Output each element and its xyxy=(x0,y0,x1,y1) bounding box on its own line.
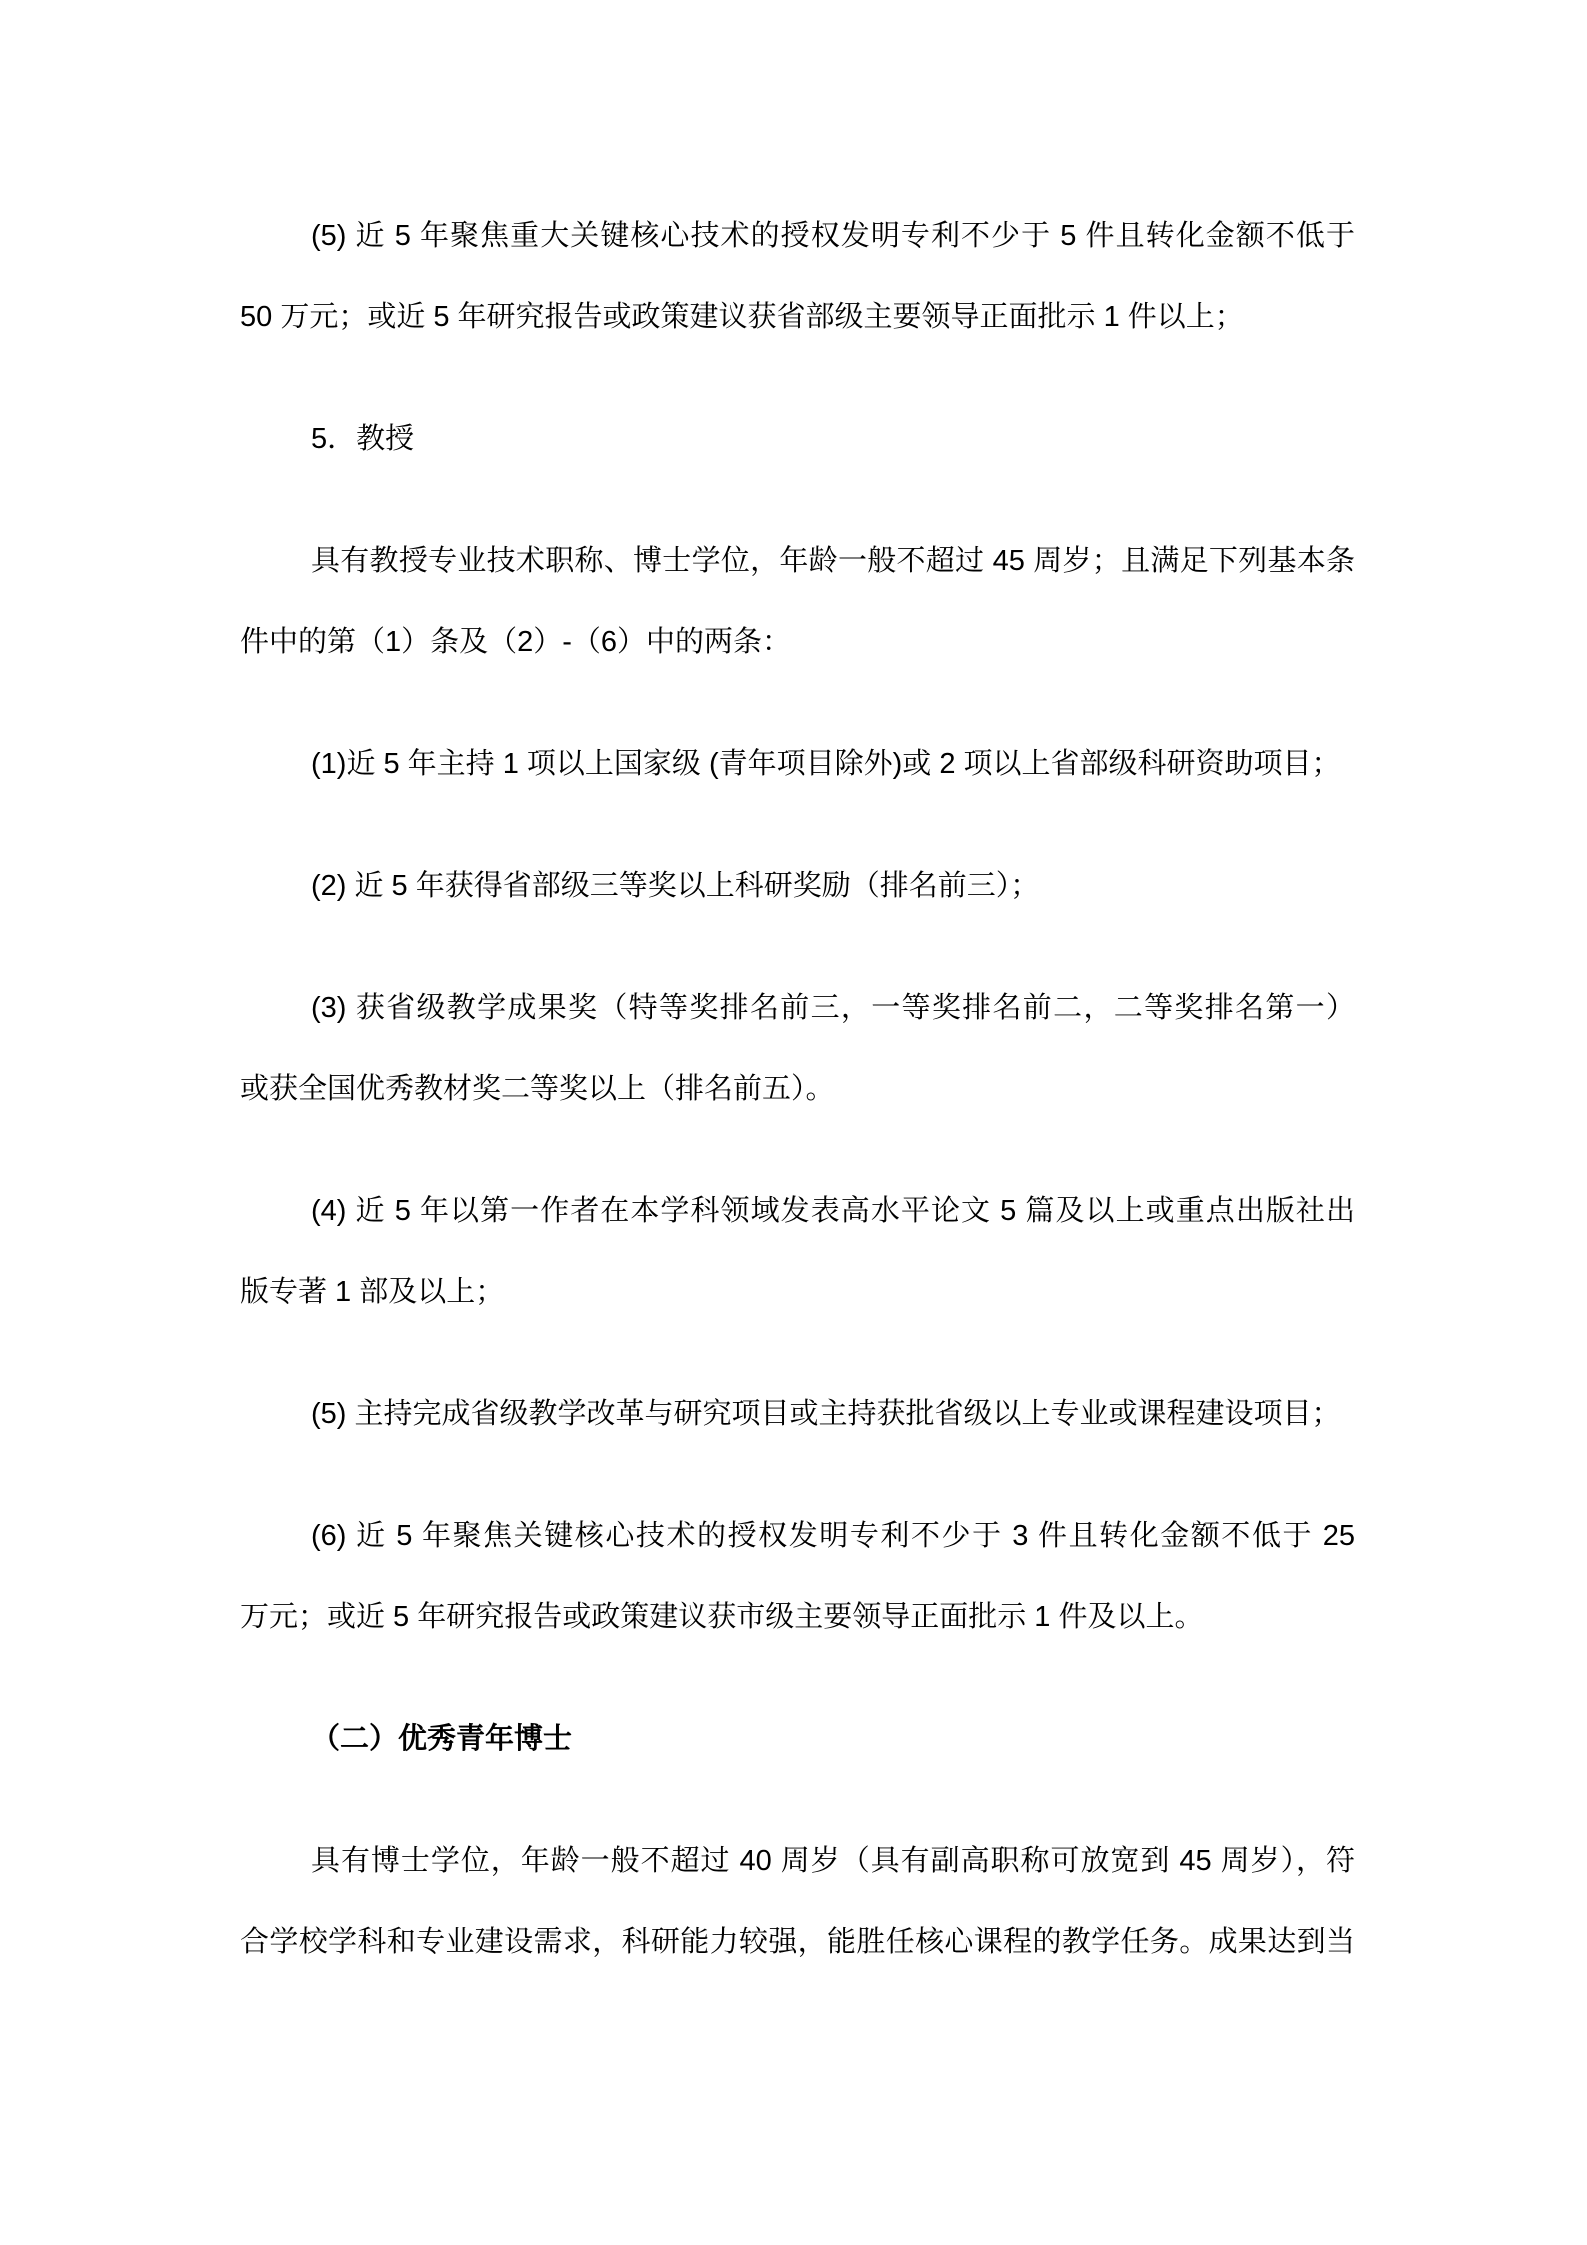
paragraph-professor-intro: 具有教授专业技术职称、博士学位，年龄一般不超过 45 周岁；且满足下列基本条 件… xyxy=(240,521,1355,683)
paragraph-young-phd-intro: 具有博士学位，年龄一般不超过 40 周岁（具有副高职称可放宽到 45 周岁），符… xyxy=(240,1821,1355,1983)
paragraph-item6-key-patents: (6) 近 5 年聚焦关键核心技术的授权发明专利不少于 3 件且转化金额不低于 … xyxy=(240,1496,1355,1658)
paragraph-line: 或获全国优秀教材奖二等奖以上（排名前五）。 xyxy=(240,1049,1355,1130)
paragraph-item3-teaching-awards: (3) 获省级教学成果奖（特等奖排名前三，一等奖排名前二，二等奖排名第一） 或获… xyxy=(240,968,1355,1130)
paragraph-item1-projects: (1)近 5 年主持 1 项以上国家级 (青年项目除外)或 2 项以上省部级科研… xyxy=(240,724,1355,805)
paragraph-line: (5) 近 5 年聚焦重大关键核心技术的授权发明专利不少于 5 件且转化金额不低… xyxy=(240,196,1355,277)
paragraph-line: 具有教授专业技术职称、博士学位，年龄一般不超过 45 周岁；且满足下列基本条 xyxy=(240,521,1355,602)
paragraph-item5-major-patents: (5) 近 5 年聚焦重大关键核心技术的授权发明专利不少于 5 件且转化金额不低… xyxy=(240,196,1355,358)
paragraph-line: (3) 获省级教学成果奖（特等奖排名前三，一等奖排名前二，二等奖排名第一） xyxy=(240,968,1355,1049)
paragraph-line: (6) 近 5 年聚焦关键核心技术的授权发明专利不少于 3 件且转化金额不低于 … xyxy=(240,1496,1355,1577)
paragraph-item4-papers: (4) 近 5 年以第一作者在本学科领域发表高水平论文 5 篇及以上或重点出版社… xyxy=(240,1171,1355,1333)
paragraph-line: 版专著 1 部及以上； xyxy=(240,1252,1355,1333)
heading-professor: 5．教授 xyxy=(240,399,1355,480)
heading-young-phd: （二）优秀青年博士 xyxy=(240,1699,1355,1780)
paragraph-line: (1)近 5 年主持 1 项以上国家级 (青年项目除外)或 2 项以上省部级科研… xyxy=(240,724,1355,805)
paragraph-line: 万元；或近 5 年研究报告或政策建议获市级主要领导正面批示 1 件及以上。 xyxy=(240,1577,1355,1658)
paragraph-line: 件中的第（1）条及（2）-（6）中的两条： xyxy=(240,602,1355,683)
document-text-block: (5) 近 5 年聚焦重大关键核心技术的授权发明专利不少于 5 件且转化金额不低… xyxy=(240,196,1355,1983)
paragraph-line: (2) 近 5 年获得省部级三等奖以上科研奖励（排名前三）； xyxy=(240,846,1355,927)
paragraph-line: 50 万元；或近 5 年研究报告或政策建议获省部级主要领导正面批示 1 件以上； xyxy=(240,277,1355,358)
heading-line: 5．教授 xyxy=(240,399,1355,480)
paragraph-line: (5) 主持完成省级教学改革与研究项目或主持获批省级以上专业或课程建设项目； xyxy=(240,1374,1355,1455)
paragraph-item2-research-awards: (2) 近 5 年获得省部级三等奖以上科研奖励（排名前三）； xyxy=(240,846,1355,927)
document-page: (5) 近 5 年聚焦重大关键核心技术的授权发明专利不少于 5 件且转化金额不低… xyxy=(0,0,1587,2245)
heading-line: （二）优秀青年博士 xyxy=(240,1699,1355,1780)
paragraph-line: 合学校学科和专业建设需求，科研能力较强，能胜任核心课程的教学任务。成果达到当 xyxy=(240,1902,1355,1983)
paragraph-line: 具有博士学位，年龄一般不超过 40 周岁（具有副高职称可放宽到 45 周岁），符 xyxy=(240,1821,1355,1902)
paragraph-item5-teaching-reform: (5) 主持完成省级教学改革与研究项目或主持获批省级以上专业或课程建设项目； xyxy=(240,1374,1355,1455)
paragraph-line: (4) 近 5 年以第一作者在本学科领域发表高水平论文 5 篇及以上或重点出版社… xyxy=(240,1171,1355,1252)
